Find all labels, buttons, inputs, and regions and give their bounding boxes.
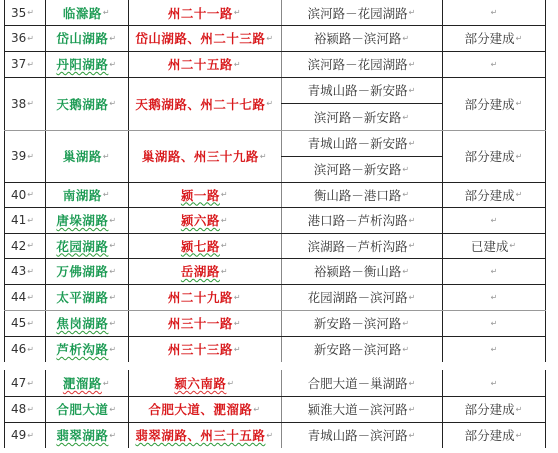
new-road-name: 天鹅湖路、州二十七路↵ <box>128 77 281 130</box>
construction-status: 部分建成↵ <box>442 25 545 51</box>
construction-status: ↵ <box>442 284 545 310</box>
table-row: 48↵ 合肥大道↵ 合肥大道、淝溜路↵ 颍淮大道－滨河路↵ 部分建成↵ <box>0 396 545 422</box>
row-number: 35↵ <box>0 0 45 25</box>
road-section: 青城山路－滨河路↵ <box>281 422 442 448</box>
new-road-name: 州三十三路↵ <box>128 336 281 362</box>
table-row: 40↵ 南湖路↵ 颍一路↵ 衡山路－港口路↵ 部分建成↵ <box>0 182 545 207</box>
grid-line <box>545 0 546 362</box>
road-section: 青城山路－新安路↵ <box>281 130 442 156</box>
construction-status: ↵ <box>442 207 545 233</box>
old-road-name: 合肥大道↵ <box>45 396 128 422</box>
row-number: 40↵ <box>0 182 45 207</box>
row-number: 47↵ <box>0 370 45 396</box>
new-road-name: 州二十五路↵ <box>128 51 281 77</box>
table-row: 43↵ 万佛湖路↵ 岳湖路↵ 裕颍路－衡山路↵ ↵ <box>0 258 545 284</box>
table-row: 47↵ 淝溜路↵ 颍六南路↵ 合肥大道－巢湖路↵ ↵ <box>0 370 545 396</box>
road-section: 青城山路－新安路↵ <box>281 77 442 103</box>
grid-line <box>281 103 442 104</box>
table-row: 44↵ 太平湖路↵ 州二十九路↵ 花园湖路－滨河路↵ ↵ <box>0 284 545 310</box>
old-road-name: 淝溜路↵ <box>45 370 128 396</box>
row-number: 43↵ <box>0 258 45 284</box>
old-road-name: 花园湖路↵ <box>45 233 128 258</box>
grid-line <box>4 336 546 337</box>
new-road-name: 合肥大道、淝溜路↵ <box>128 396 281 422</box>
road-section: 花园湖路－滨河路↵ <box>281 284 442 310</box>
row-number: 49↵ <box>0 422 45 448</box>
grid-line <box>281 0 282 362</box>
grid-line <box>4 207 546 208</box>
table-row: 36↵ 岱山湖路↵ 岱山湖路、州二十三路↵ 裕颍路－滨河路↵ 部分建成↵ <box>0 25 545 51</box>
old-road-name: 巢湖路↵ <box>45 130 128 182</box>
new-road-name: 岱山湖路、州二十三路↵ <box>128 25 281 51</box>
old-road-name: 丹阳湖路↵ <box>45 51 128 77</box>
new-road-name: 岳湖路↵ <box>128 258 281 284</box>
grid-line <box>4 396 546 397</box>
old-road-name: 翡翠湖路↵ <box>45 422 128 448</box>
grid-line <box>4 233 546 234</box>
grid-line <box>442 370 443 448</box>
new-road-name: 颍一路↵ <box>128 182 281 207</box>
construction-status: ↵ <box>442 336 545 362</box>
row-number: 38↵ <box>0 77 45 130</box>
table-row: 35↵ 临滁路↵ 州二十一路↵ 滨河路－花园湖路↵ ↵ <box>0 0 545 25</box>
row-number: 37↵ <box>0 51 45 77</box>
grid-line <box>4 130 546 131</box>
row-number: 41↵ <box>0 207 45 233</box>
new-road-name: 翡翠湖路、州三十五路↵ <box>128 422 281 448</box>
road-section: 新安路－滨河路↵ <box>281 336 442 362</box>
table-row: 38↵ 天鹅湖路↵ 天鹅湖路、州二十七路↵ 青城山路－新安路↵ 滨河路－新安路↵… <box>0 77 545 130</box>
grid-line <box>281 156 442 157</box>
road-section: 颍淮大道－滨河路↵ <box>281 396 442 422</box>
grid-line <box>45 370 46 448</box>
row-number: 45↵ <box>0 310 45 336</box>
old-road-name: 芦析沟路↵ <box>45 336 128 362</box>
construction-status: 部分建成↵ <box>442 422 545 448</box>
grid-line <box>442 0 443 362</box>
old-road-name: 太平湖路↵ <box>45 284 128 310</box>
new-road-name: 颍六南路↵ <box>128 370 281 396</box>
construction-status: ↵ <box>442 0 545 25</box>
grid-line <box>4 25 546 26</box>
construction-status: 部分建成↵ <box>442 182 545 207</box>
new-road-name: 州三十一路↵ <box>128 310 281 336</box>
grid-line <box>128 370 129 448</box>
construction-status: ↵ <box>442 258 545 284</box>
road-section: 滨河路－花园湖路↵ <box>281 51 442 77</box>
grid-line <box>4 370 5 448</box>
new-road-name: 巢湖路、州三十九路↵ <box>128 130 281 182</box>
road-section: 滨湖路－芦析沟路↵ <box>281 233 442 258</box>
construction-status: ↵ <box>442 310 545 336</box>
grid-line <box>281 370 282 448</box>
grid-line <box>4 310 546 311</box>
construction-status: 部分建成↵ <box>442 396 545 422</box>
construction-status: 已建成↵ <box>442 233 545 258</box>
old-road-name: 岱山湖路↵ <box>45 25 128 51</box>
road-section: 裕颍路－衡山路↵ <box>281 258 442 284</box>
row-number: 46↵ <box>0 336 45 362</box>
table-row: 41↵ 唐垛湖路↵ 颍六路↵ 港口路－芦析沟路↵ ↵ <box>0 207 545 233</box>
grid-line <box>4 0 5 362</box>
new-road-name: 州二十一路↵ <box>128 0 281 25</box>
row-number: 48↵ <box>0 396 45 422</box>
construction-status: 部分建成↵ <box>442 130 545 182</box>
road-section: 滨河路－新安路↵ <box>281 104 442 130</box>
grid-line <box>545 370 546 448</box>
table-row: 49↵ 翡翠湖路↵ 翡翠湖路、州三十五路↵ 青城山路－滨河路↵ 部分建成↵ <box>0 422 545 448</box>
new-road-name: 颍六路↵ <box>128 207 281 233</box>
road-section: 合肥大道－巢湖路↵ <box>281 370 442 396</box>
row-number: 44↵ <box>0 284 45 310</box>
old-road-name: 南湖路↵ <box>45 182 128 207</box>
road-section: 衡山路－港口路↵ <box>281 182 442 207</box>
table-row: 46↵ 芦析沟路↵ 州三十三路↵ 新安路－滨河路↵ ↵ <box>0 336 545 362</box>
new-road-name: 州二十九路↵ <box>128 284 281 310</box>
grid-line <box>4 284 546 285</box>
old-road-name: 天鹅湖路↵ <box>45 77 128 130</box>
grid-line <box>4 182 546 183</box>
new-road-name: 颍七路↵ <box>128 233 281 258</box>
grid-line <box>4 77 546 78</box>
grid-line <box>4 258 546 259</box>
road-section: 港口路－芦析沟路↵ <box>281 207 442 233</box>
road-section: 滨河路－花园湖路↵ <box>281 0 442 25</box>
construction-status: 部分建成↵ <box>442 77 545 130</box>
road-section: 新安路－滨河路↵ <box>281 310 442 336</box>
old-road-name: 焦岗湖路↵ <box>45 310 128 336</box>
grid-line <box>45 0 46 362</box>
old-road-name: 万佛湖路↵ <box>45 258 128 284</box>
table-row: 45↵ 焦岗湖路↵ 州三十一路↵ 新安路－滨河路↵ ↵ <box>0 310 545 336</box>
row-number: 39↵ <box>0 130 45 182</box>
old-road-name: 唐垛湖路↵ <box>45 207 128 233</box>
table-row: 37↵ 丹阳湖路↵ 州二十五路↵ 滨河路－花园湖路↵ ↵ <box>0 51 545 77</box>
grid-line <box>4 51 546 52</box>
road-section: 裕颍路－滨河路↵ <box>281 25 442 51</box>
old-road-name: 临滁路↵ <box>45 0 128 25</box>
road-section: 滨河路－新安路↵ <box>281 156 442 182</box>
construction-status: ↵ <box>442 51 545 77</box>
row-number: 36↵ <box>0 25 45 51</box>
grid-line <box>4 422 546 423</box>
row-number: 42↵ <box>0 233 45 258</box>
grid-line <box>128 0 129 362</box>
construction-status: ↵ <box>442 370 545 396</box>
table-row: 39↵ 巢湖路↵ 巢湖路、州三十九路↵ 青城山路－新安路↵ 滨河路－新安路↵ 部… <box>0 130 545 182</box>
table-row: 42↵ 花园湖路↵ 颍七路↵ 滨湖路－芦析沟路↵ 已建成↵ <box>0 233 545 258</box>
